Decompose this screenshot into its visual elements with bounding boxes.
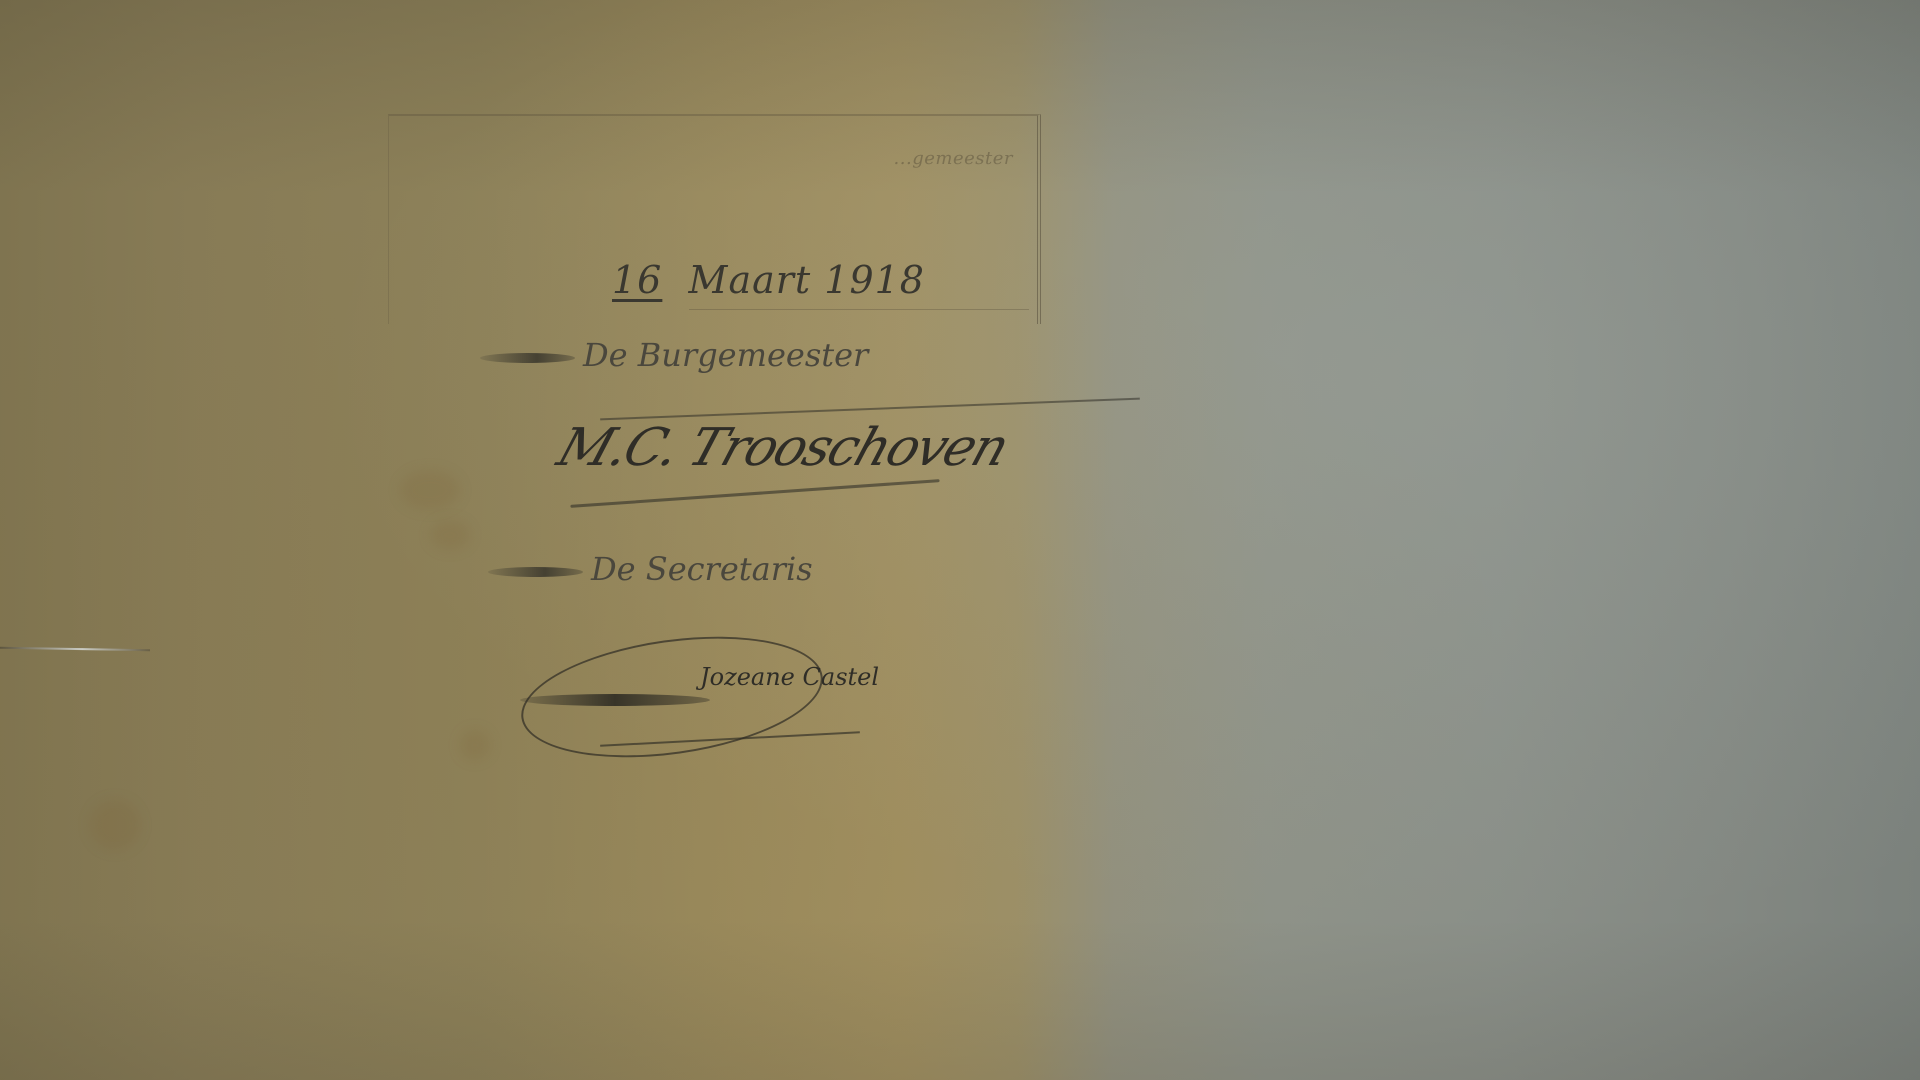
secretary-signature-swash xyxy=(520,694,710,706)
handwritten-date: 16 Maart 1918 xyxy=(612,258,925,302)
mayor-signature-stroke xyxy=(600,398,1140,421)
date-month: Maart xyxy=(689,258,812,302)
paper-stain xyxy=(90,800,140,850)
mayor-role-label: De Burgemeester xyxy=(480,336,868,374)
date-year: 1918 xyxy=(824,258,925,302)
date-rule xyxy=(689,309,1029,310)
paper-crease xyxy=(0,647,150,652)
paper-stain xyxy=(430,520,470,550)
printed-label: ...gemeester xyxy=(894,148,1013,169)
paper-stain xyxy=(460,730,490,760)
paper-stain xyxy=(400,470,460,510)
secretary-role-label: De Secretaris xyxy=(488,550,813,588)
secretary-signature: Jozeane Castel xyxy=(700,662,879,692)
mayor-signature-underline xyxy=(570,479,939,508)
mayor-signature: M.C. Trooschoven xyxy=(550,418,1015,478)
date-day: 16 xyxy=(612,258,662,302)
pen-flourish xyxy=(488,567,583,577)
pen-flourish xyxy=(480,353,575,363)
